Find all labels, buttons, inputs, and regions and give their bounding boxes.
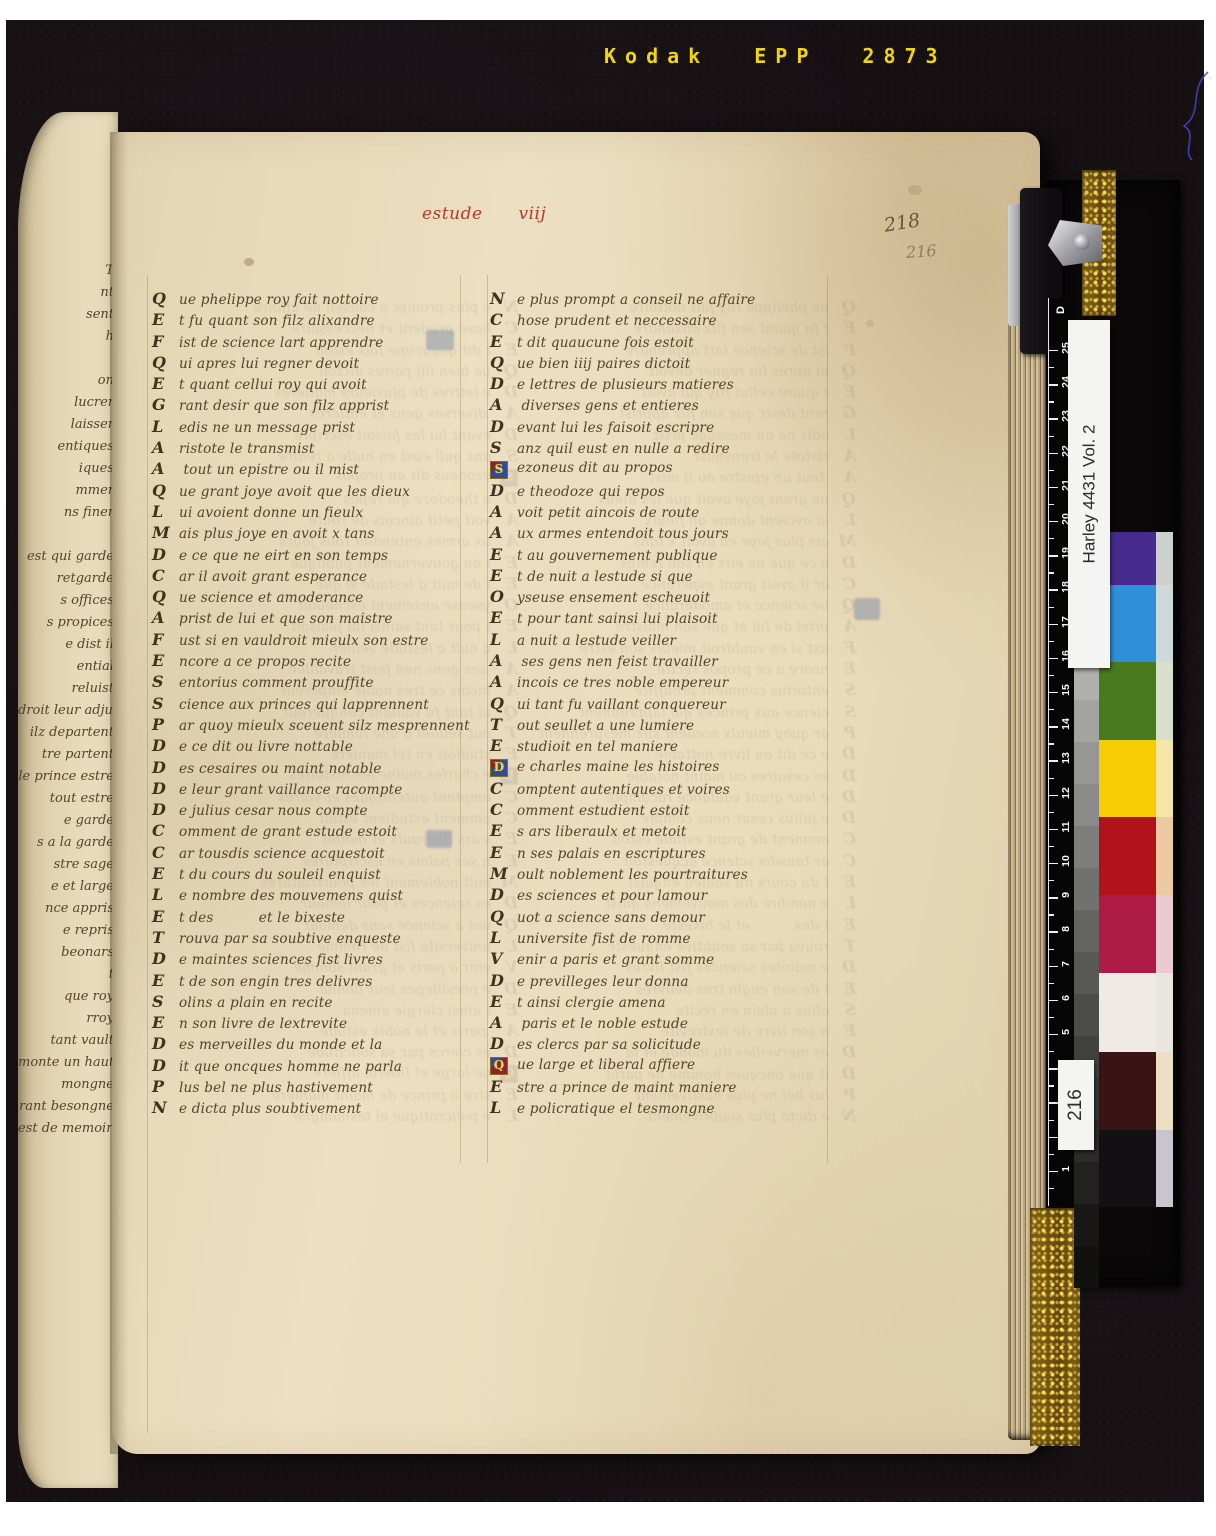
versal-capital: S	[829, 999, 856, 1020]
verse-line: Des clercs par sa solicitude	[490, 1033, 820, 1054]
ruler-tick-major	[1049, 555, 1058, 556]
edge-text-fragment: s a la garde	[18, 832, 114, 854]
shelfmark-label: Harley 4431 Vol. 2	[1068, 320, 1110, 668]
verse-line: Que bien iiij paires dictoit	[490, 352, 820, 373]
edge-text-fragment: T	[18, 260, 114, 282]
verse-text: es merveilles du monde et la	[179, 1035, 382, 1056]
edge-text-fragment: e garde	[18, 810, 114, 832]
ruler-tick-major	[1049, 1068, 1058, 1069]
verse-line: A diverses gens et entieres	[490, 394, 820, 415]
verse-line: Qui apres lui regner devoit	[152, 352, 482, 373]
verse-line: Par quoy mieulx sceuent silz mesprennent	[152, 714, 482, 735]
grayscale-step	[1074, 826, 1099, 868]
ruler-tick-major	[1049, 1000, 1058, 1001]
verse-line: De julius cesar nous compte	[152, 799, 482, 820]
ruler-tick-major	[1049, 966, 1058, 967]
verse-line: Ledis ne un message prist	[152, 416, 482, 437]
verse-text: es cesaires ou maint notable	[179, 759, 382, 780]
verse-line: De maintes sciences fist livres	[152, 948, 482, 969]
grayscale-step	[1074, 1204, 1099, 1246]
verse-text: cience aux princes qui lapprennent	[179, 695, 429, 716]
verse-line: Et dit quaucune fois estoit	[490, 331, 820, 352]
versal-capital: P	[152, 1076, 179, 1097]
versal-capital: D	[490, 970, 517, 991]
ruler-tick-minor	[1049, 401, 1054, 402]
verse-line: Que science et amoderance	[152, 586, 482, 607]
ruler-number: 13	[1060, 750, 1072, 766]
verse-line: Fist de science lart apprendre	[152, 331, 482, 352]
verse-text: olins a plain en recite	[179, 993, 333, 1014]
verse-line: Que phelippe roy fait nottoire	[152, 288, 482, 309]
versal-capital: D	[152, 544, 179, 565]
verse-line: Et du cours du souleil enquist	[152, 863, 482, 884]
edge-text-fragment: lucrer	[18, 392, 114, 414]
verse-text: t au gouvernement publique	[517, 546, 718, 567]
verse-text: t ainsi clergie amena	[517, 993, 666, 1014]
ruler-number: 8	[1060, 921, 1072, 937]
verse-text: e policratique el tesmongne	[517, 1099, 715, 1120]
versal-capital: E	[152, 650, 179, 671]
pastel-patch-black	[1156, 1130, 1173, 1207]
ruler-tick-major	[1049, 795, 1058, 796]
verse-text: yseuse ensement escheuoit	[517, 588, 710, 609]
verse-line: De theodoze qui repos	[490, 480, 820, 501]
edge-text-fragment: ential	[18, 656, 114, 678]
edge-text-fragment: e dist il	[18, 634, 114, 656]
verse-line: A paris et le noble estude	[490, 1012, 820, 1033]
edge-text-fragment: est de memoire	[18, 1118, 114, 1140]
color-patch-black	[1099, 1130, 1156, 1207]
versal-capital: Q	[152, 480, 179, 501]
ruler-tick-minor	[1049, 504, 1054, 505]
ruler-number: 5	[1060, 1024, 1072, 1040]
verse-text: incois ce tres noble empereur	[517, 673, 728, 694]
versal-capital: C	[829, 573, 856, 594]
ruler-tick-major	[1049, 726, 1058, 727]
ruler-tick-major	[1049, 1034, 1058, 1035]
ruler-number: 6	[1060, 990, 1072, 1006]
ruler-tick-major	[1049, 453, 1058, 454]
versal-capital: D	[490, 480, 517, 501]
running-header-word: estude	[422, 204, 483, 224]
ruler-tick-major	[1049, 863, 1058, 864]
edge-text-fragment: mongne	[18, 1074, 114, 1096]
verse-line: Des merveilles du monde et la	[152, 1033, 482, 1054]
versal-capital: D	[490, 373, 517, 394]
ruler-tick-major	[1049, 384, 1058, 385]
verse-line: Lui avoient donne un fieulx	[152, 501, 482, 522]
versal-capital: L	[152, 501, 179, 522]
edge-text-fragment: monte un haut	[18, 1052, 114, 1074]
verse-line: Et au gouvernement publique	[490, 544, 820, 565]
edge-text-fragment: que roy	[18, 986, 114, 1008]
verse-line: Aincois ce tres noble empereur	[490, 671, 820, 692]
verse-text: studioit en tel maniere	[517, 737, 678, 758]
verse-text: ux armes entendoit tous jours	[517, 524, 729, 545]
edge-text-fragment: s propices	[18, 612, 114, 634]
ruler-tick-minor	[1049, 1085, 1054, 1086]
verse-text: e leur grant vaillance racompte	[179, 780, 403, 801]
versal-capital: L	[829, 424, 856, 445]
versal-capital: E	[490, 735, 517, 756]
versal-capital: G	[829, 402, 856, 423]
verse-text: e julius cesar nous compte	[179, 801, 368, 822]
pastel-patch-purple	[1156, 532, 1173, 585]
versal-capital: O	[490, 586, 517, 607]
ruler-tick-minor	[1049, 1120, 1054, 1121]
ruler-tick-minor	[1049, 538, 1054, 539]
versal-capital: F	[829, 339, 856, 360]
versal-capital: A	[490, 1012, 517, 1033]
ruler-tick-minor	[1049, 812, 1054, 813]
verse-line: Et fu quant son filz alixandre	[152, 309, 482, 330]
verse-line: Avoit petit aincois de route	[490, 501, 820, 522]
verse-text: omment estudient estoit	[517, 801, 690, 822]
verse-text: s ars liberaulx et metoit	[517, 822, 687, 843]
verse-text: e plus prompt a conseil ne affaire	[517, 290, 755, 311]
parchment-stain	[244, 258, 254, 266]
verse-line: Qui tant fu vaillant conquereur	[490, 693, 820, 714]
verse-line: Et de son engin tres delivres	[152, 970, 482, 991]
ruler-top-label: D	[1055, 306, 1067, 314]
verse-text: t du cours du souleil enquist	[179, 865, 381, 886]
versal-capital: Q	[152, 352, 179, 373]
verse-line: Estre a prince de maint maniere	[490, 1076, 820, 1097]
verse-line: Et des et le bixeste	[152, 906, 482, 927]
versal-capital: Q	[829, 296, 856, 317]
illuminated-initial: Q	[490, 1057, 508, 1075]
versal-capital: D	[152, 778, 179, 799]
verse-text: anz quil eust en nulle a redire	[517, 439, 730, 460]
edge-text-fragment: tre partent	[18, 744, 114, 766]
ruler-tick-minor	[1049, 880, 1054, 881]
verse-line: Que large et liberal affiere	[490, 1055, 820, 1076]
ruler-tick-major	[1049, 931, 1058, 932]
verse-text: uot a science sans demour	[517, 908, 705, 929]
verse-line: Car tousdis science acquestoit	[152, 842, 482, 863]
ruler-tick-major	[1049, 1171, 1058, 1172]
versal-capital: E	[490, 607, 517, 628]
verse-line: Aprist de lui et que son maistre	[152, 607, 482, 628]
versal-capital: D	[152, 757, 179, 778]
verse-text: enir a paris et grant somme	[517, 950, 714, 971]
versal-capital: D	[829, 956, 856, 977]
shelfmark-text: Harley 4431 Vol. 2	[1079, 425, 1099, 564]
verse-text: tout un epistre ou il mist	[179, 460, 359, 481]
edge-text-fragment: rroy	[18, 1008, 114, 1030]
versal-capital: L	[490, 629, 517, 650]
versal-capital: S	[490, 437, 517, 458]
ruler-number: 11	[1060, 819, 1072, 835]
verse-line: Trouva par sa soubtive enqueste	[152, 927, 482, 948]
versal-capital: A	[152, 607, 179, 628]
verse-text: ue large et liberal affiere	[517, 1055, 695, 1076]
versal-capital: C	[829, 850, 856, 871]
versal-capital: Q	[829, 594, 856, 615]
verse-text: e previlleges leur donna	[517, 972, 689, 993]
verse-text: t fu quant son filz alixandre	[179, 311, 375, 332]
grayscale-step	[1074, 952, 1099, 994]
verse-text: voit petit aincois de route	[517, 503, 699, 524]
versal-capital: Q	[152, 586, 179, 607]
verse-text: omment de grant estude estoit	[179, 822, 397, 843]
verse-text: ui avoient donne un fieulx	[179, 503, 363, 524]
color-patch-crimson	[1099, 895, 1156, 973]
verse-line: Comment de grant estude estoit	[152, 820, 482, 841]
versal-capital: D	[490, 884, 517, 905]
versal-capital: M	[829, 530, 856, 551]
verse-line: Oyseuse ensement escheuoit	[490, 586, 820, 607]
verse-text: t dit quaucune fois estoit	[517, 333, 694, 354]
verse-line: Estudioit en tel maniere	[490, 735, 820, 756]
verse-text: ar tousdis science acquestoit	[179, 844, 385, 865]
ruler-tick-major	[1049, 589, 1058, 590]
verse-line: De charles maine les histoires	[490, 757, 820, 778]
verse-text: ue phelippe roy fait nottoire	[179, 290, 379, 311]
verse-text: ue bien iiij paires dictoit	[517, 354, 690, 375]
verse-line: En son livre de lextrevite	[152, 1012, 482, 1033]
verse-line: Sezoneus dit au propos	[490, 458, 820, 479]
verse-line: Plus bel ne plus hastivement	[152, 1076, 482, 1097]
verse-line: Ne dicta plus soubtivement	[152, 1097, 482, 1118]
versal-capital: T	[829, 935, 856, 956]
grayscale-step	[1074, 700, 1099, 742]
versal-capital: L	[490, 1097, 517, 1118]
folio-sticker-text: 216	[1065, 1089, 1087, 1121]
edge-text-fragment: mmer	[18, 480, 114, 502]
edge-text-fragment: reluist	[18, 678, 114, 700]
versal-capital: D	[829, 786, 856, 807]
verse-line: Des sciences et pour lamour	[490, 884, 820, 905]
versal-capital: A	[490, 671, 517, 692]
edge-text-fragment	[18, 524, 114, 546]
ruler-tick-major	[1049, 658, 1058, 659]
ruler-tick-minor	[1049, 1154, 1054, 1155]
verse-text: es clercs par sa solicitude	[517, 1035, 701, 1056]
versal-capital: A	[829, 445, 856, 466]
versal-capital: D	[829, 552, 856, 573]
versal-capital: A	[490, 650, 517, 671]
ruler-tick-minor	[1049, 470, 1054, 471]
verse-line: Grant desir que son filz apprist	[152, 394, 482, 415]
versal-capital: D	[829, 743, 856, 764]
verse-text: lus bel ne plus hastivement	[179, 1078, 373, 1099]
ruler-number: 12	[1060, 785, 1072, 801]
verse-text: e maintes sciences fist livres	[179, 950, 383, 971]
versal-capital: G	[152, 394, 179, 415]
grayscale-step	[1074, 742, 1099, 784]
versal-capital: E	[490, 565, 517, 586]
color-patch-red	[1099, 817, 1156, 895]
folio-sticker-label: 216	[1058, 1060, 1094, 1150]
verse-line: Que grant joye avoit que les dieux	[152, 480, 482, 501]
verse-text: e theodoze qui repos	[517, 482, 665, 503]
verse-text: omptent autentiques et voires	[517, 780, 730, 801]
verse-line: Dit que oncques homme ne parla	[152, 1055, 482, 1076]
verse-text: e charles maine les histoires	[517, 757, 720, 778]
parchment-stain	[866, 320, 874, 327]
ruler-tick-major	[1049, 1137, 1058, 1138]
versal-capital: P	[152, 714, 179, 735]
verse-text: rant desir que son filz apprist	[179, 396, 389, 417]
verse-text: it que oncques homme ne parla	[179, 1057, 402, 1078]
versal-capital: N	[152, 1097, 179, 1118]
verse-line: De leur grant vaillance racompte	[152, 778, 482, 799]
versal-capital: E	[829, 914, 856, 935]
verse-line: Et ainsi clergie amena	[490, 991, 820, 1012]
verse-text: ezoneus dit au propos	[517, 458, 673, 479]
verse-text: rouva par sa soubtive enqueste	[179, 929, 401, 950]
edge-text-fragment: s offices	[18, 590, 114, 612]
edge-text-fragment: e repris	[18, 920, 114, 942]
verse-text: diverses gens et entieres	[517, 396, 699, 417]
verse-line: Science aux princes qui lapprennent	[152, 693, 482, 714]
edge-text-fragment: est qui garde	[18, 546, 114, 568]
verse-text: ue science et amoderance	[179, 588, 363, 609]
grayscale-step	[1074, 1162, 1099, 1204]
previous-page-edge: Tntsenthonlucrerlaisserentiquesiquesmmer…	[18, 112, 118, 1488]
versal-capital: D	[152, 1033, 179, 1054]
ruler-tick-major	[1049, 418, 1058, 419]
versal-capital: L	[829, 892, 856, 913]
ruler-tick-minor	[1049, 436, 1054, 437]
verse-text: ar quoy mieulx sceuent silz mesprennent	[179, 716, 470, 737]
versal-capital: S	[152, 693, 179, 714]
verse-text: ui tant fu vaillant conquereur	[517, 695, 726, 716]
verse-line: Et de nuit a lestude si que	[490, 565, 820, 586]
ruler-number: 1	[1060, 1161, 1072, 1177]
ruler-tick-minor	[1049, 607, 1054, 608]
verse-line: Aristote le transmist	[152, 437, 482, 458]
pastel-patch-green	[1156, 662, 1173, 740]
verse-line: Solins a plain en recite	[152, 991, 482, 1012]
versal-capital: E	[490, 544, 517, 565]
versal-capital: E	[152, 906, 179, 927]
verse-line: Des cesaires ou maint notable	[152, 757, 482, 778]
versal-capital: F	[829, 637, 856, 658]
verse-text: universite fist de romme	[517, 929, 691, 950]
photo-black-field: Kodak EPP 2873 Tntsenthonlucrerlaisseren…	[6, 20, 1204, 1502]
versal-capital: M	[490, 863, 517, 884]
color-patch-green	[1099, 662, 1156, 740]
verse-line: Comptent autentiques et voires	[490, 778, 820, 799]
verse-line: Sanz quil eust en nulle a redire	[490, 437, 820, 458]
verse-text: ncore a ce propos recite	[179, 652, 351, 673]
verse-line: Sentorius comment prouffite	[152, 671, 482, 692]
verse-text: e dicta plus soubtivement	[179, 1099, 361, 1120]
grayscale-step	[1074, 1246, 1099, 1288]
versal-capital: E	[152, 373, 179, 394]
verse-line: Devant lui les faisoit escripre	[490, 416, 820, 437]
versal-capital: C	[152, 820, 179, 841]
versal-capital: D	[829, 1063, 856, 1084]
verse-line: Le nombre des mouvemens quist	[152, 884, 482, 905]
pastel-patch-yellow	[1156, 740, 1173, 817]
edge-text-fragment: entiques	[18, 436, 114, 458]
edge-text-fragment: droit leur adjust	[18, 700, 114, 722]
verse-text: oult noblement les pourtraitures	[517, 865, 748, 886]
ruler-tick-minor	[1049, 1188, 1054, 1189]
versal-capital: D	[152, 799, 179, 820]
edge-text-fragment: nt	[18, 282, 114, 304]
verse-text: hose prudent et neccessaire	[517, 311, 717, 332]
verse-text: stre a prince de maint maniere	[517, 1078, 737, 1099]
versal-capital: S	[152, 671, 179, 692]
verse-line: Comment estudient estoit	[490, 799, 820, 820]
versal-capital: D	[829, 765, 856, 786]
verse-text: e ce que ne eirt en son temps	[179, 546, 388, 567]
ruler-tick-major	[1049, 829, 1058, 830]
pastel-patch-maroon	[1156, 1052, 1173, 1130]
verse-line: En ses palais en escriptures	[490, 842, 820, 863]
versal-capital: E	[152, 309, 179, 330]
ruler-tick-major	[1049, 521, 1058, 522]
verse-text: ui apres lui regner devoit	[179, 354, 359, 375]
versal-capital: L	[152, 416, 179, 437]
photograph-frame: Kodak EPP 2873 Tntsenthonlucrerlaisseren…	[0, 0, 1216, 1536]
edge-text-fragment: laisser	[18, 414, 114, 436]
versal-capital: E	[152, 970, 179, 991]
edge-text-fragment: tout estre	[18, 788, 114, 810]
verse-text: out seullet a une lumiere	[517, 716, 694, 737]
ruler-tick-minor	[1049, 778, 1054, 779]
verse-text: ais plus joye en avoit x tans	[179, 524, 375, 545]
verse-line: A ses gens nen feist travailler	[490, 650, 820, 671]
verse-column-1: Que phelippe roy fait nottoireEt fu quan…	[152, 288, 482, 1119]
versal-capital: Q	[490, 693, 517, 714]
versal-capital: D	[829, 807, 856, 828]
versal-capital: C	[152, 842, 179, 863]
edge-text-fragment: ilz departent	[18, 722, 114, 744]
versal-capital: C	[829, 828, 856, 849]
versal-capital: A	[490, 522, 517, 543]
edge-text-fragment: sent	[18, 304, 114, 326]
verse-line: Chose prudent et neccessaire	[490, 309, 820, 330]
verse-text: ust si en vauldroit mieulx son estre	[179, 631, 429, 652]
verse-line: De previlleges leur donna	[490, 970, 820, 991]
folio-number-new: 216	[905, 241, 937, 262]
verse-line: De ce que ne eirt en son temps	[152, 544, 482, 565]
grayscale-step	[1074, 994, 1099, 1036]
verse-line: Car il avoit grant esperance	[152, 565, 482, 586]
versal-capital: E	[490, 1076, 517, 1097]
color-patch-yellow	[1099, 740, 1156, 817]
versal-capital: P	[829, 722, 856, 743]
edge-text-fragment: rant besongne	[18, 1096, 114, 1118]
versal-capital: E	[829, 978, 856, 999]
verse-line: Et quant cellui roy qui avoit	[152, 373, 482, 394]
color-patch-maroon	[1099, 1052, 1156, 1130]
film-strip-label: Kodak EPP 2873	[604, 44, 947, 68]
edge-text-fragment: h	[18, 326, 114, 348]
verse-text: a nuit a lestude veiller	[517, 631, 676, 652]
edge-text-fragment: ns finer	[18, 502, 114, 524]
verse-line: Mais plus joye en avoit x tans	[152, 522, 482, 543]
versal-capital: D	[152, 735, 179, 756]
verse-text: n son livre de lextrevite	[179, 1014, 347, 1035]
pastel-patch-white	[1156, 973, 1173, 1052]
versal-capital: N	[829, 1105, 856, 1126]
versal-capital: C	[152, 565, 179, 586]
verse-line: Es ars liberaulx et metoit	[490, 820, 820, 841]
versal-capital: E	[490, 991, 517, 1012]
versal-capital: A	[152, 437, 179, 458]
ruler-tick-minor	[1049, 367, 1054, 368]
ruler-tick-minor	[1049, 641, 1054, 642]
ruler-tick-major	[1049, 897, 1058, 898]
verse-text: t quant cellui roy qui avoit	[179, 375, 367, 396]
versal-capital: P	[829, 1084, 856, 1105]
